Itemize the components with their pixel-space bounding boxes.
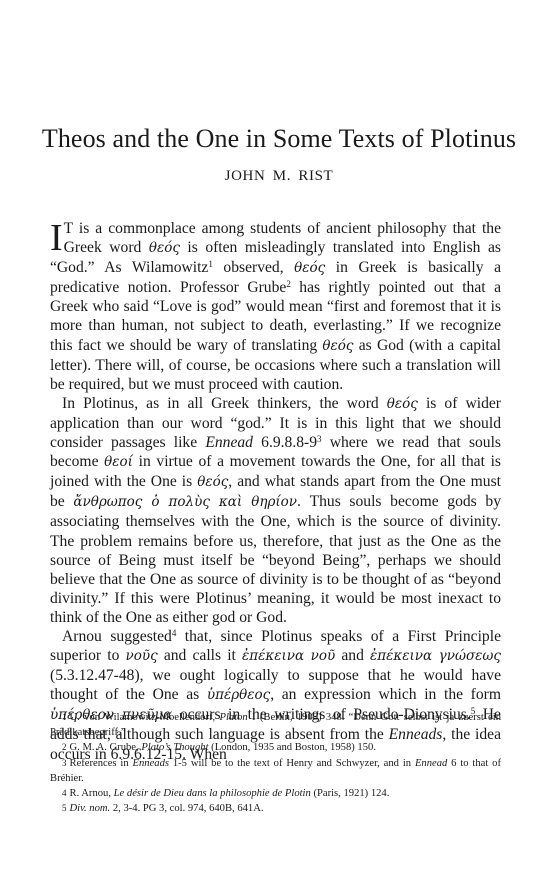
document-page: Theos and the One in Some Texts of Ploti… bbox=[0, 0, 558, 883]
paragraph-2: In Plotinus, as in all Greek thinkers, t… bbox=[50, 394, 501, 627]
drop-cap: I bbox=[50, 219, 63, 253]
text-segment: , an expression which in the form bbox=[270, 686, 501, 703]
greek-term: ἐπέκεινα νοῦ bbox=[242, 648, 335, 664]
footnote-text: R. Arnou, bbox=[70, 788, 114, 799]
footnote-text: 2, 3-4. PG 3, col. 974, 640B, 641A. bbox=[110, 803, 263, 814]
italic-term: Ennead bbox=[205, 434, 253, 451]
footnote-4: 4R. Arnou, Le désir de Dieu dans la phil… bbox=[50, 786, 501, 801]
footnote-number: 4 bbox=[62, 788, 67, 798]
text-segment: Arnou suggested bbox=[62, 628, 172, 645]
footnote-italic: Ennead bbox=[415, 758, 447, 769]
footnote-text: 1-5 will be to the text of Henry and Sch… bbox=[169, 758, 415, 769]
text-segment: In Plotinus, as in all Greek thinkers, t… bbox=[62, 395, 387, 412]
text-segment: observed, bbox=[213, 259, 294, 276]
paragraph-1: IT is a commonplace among students of an… bbox=[50, 219, 501, 394]
footnote-3: 3References in Enneads 1-5 will be to th… bbox=[50, 756, 501, 786]
greek-term: θεός bbox=[149, 240, 180, 256]
footnote-5: 5Div. nom. 2, 3-4. PG 3, col. 974, 640B,… bbox=[50, 801, 501, 816]
greek-term: ἐπέκεινα γνώσεως bbox=[370, 648, 501, 664]
footnote-2: 2G. M. A. Grube, Plato’s Thought (London… bbox=[50, 740, 501, 755]
footnote-text: (Paris, 1921) 124. bbox=[311, 788, 390, 799]
text-segment: and calls it bbox=[158, 647, 242, 664]
footnote-italic: Enneads bbox=[133, 758, 169, 769]
greek-term: θεός bbox=[322, 338, 353, 354]
text-segment: 6.9.8.8-9 bbox=[253, 434, 317, 451]
footnote-text: U. von Wilamowitz-Moellendorf, bbox=[70, 712, 220, 723]
greek-term: θεός bbox=[387, 396, 418, 412]
greek-term: θεός bbox=[197, 474, 228, 490]
footnotes: 1U. von Wilamowitz-Moellendorf, Platon I… bbox=[50, 710, 501, 816]
footnote-italic: Plato’s Thought bbox=[141, 742, 208, 753]
footnote-number: 1 bbox=[62, 712, 67, 722]
footnote-italic: Le désir de Dieu dans la philosophie de … bbox=[114, 788, 311, 799]
footnote-1: 1U. von Wilamowitz-Moellendorf, Platon I… bbox=[50, 710, 501, 740]
greek-term: θεός bbox=[294, 260, 325, 276]
footnote-number: 3 bbox=[62, 758, 67, 768]
greek-term: ἄνθρωπος ὁ πολὺς καὶ θηρίον bbox=[73, 494, 297, 510]
footnote-number: 2 bbox=[62, 742, 67, 752]
greek-term: θεοί bbox=[104, 454, 133, 470]
text-segment: . Thus souls become gods by associating … bbox=[50, 493, 501, 626]
article-title: Theos and the One in Some Texts of Ploti… bbox=[0, 124, 558, 154]
article-author: JOHN M. RIST bbox=[0, 168, 558, 185]
footnote-text: (London, 1935 and Boston, 1958) 150. bbox=[209, 742, 376, 753]
footnote-text: G. M. A. Grube, bbox=[70, 742, 142, 753]
footnote-italic: Div. nom. bbox=[70, 803, 111, 814]
article-body: IT is a commonplace among students of an… bbox=[50, 219, 501, 764]
footnote-number: 5 bbox=[62, 803, 67, 813]
greek-term: νοῦς bbox=[126, 648, 158, 664]
greek-term: ὑπέρθεος bbox=[207, 687, 270, 703]
text-segment: and bbox=[335, 647, 370, 664]
footnote-italic: Platon bbox=[219, 712, 247, 723]
footnote-text: References in bbox=[70, 758, 133, 769]
